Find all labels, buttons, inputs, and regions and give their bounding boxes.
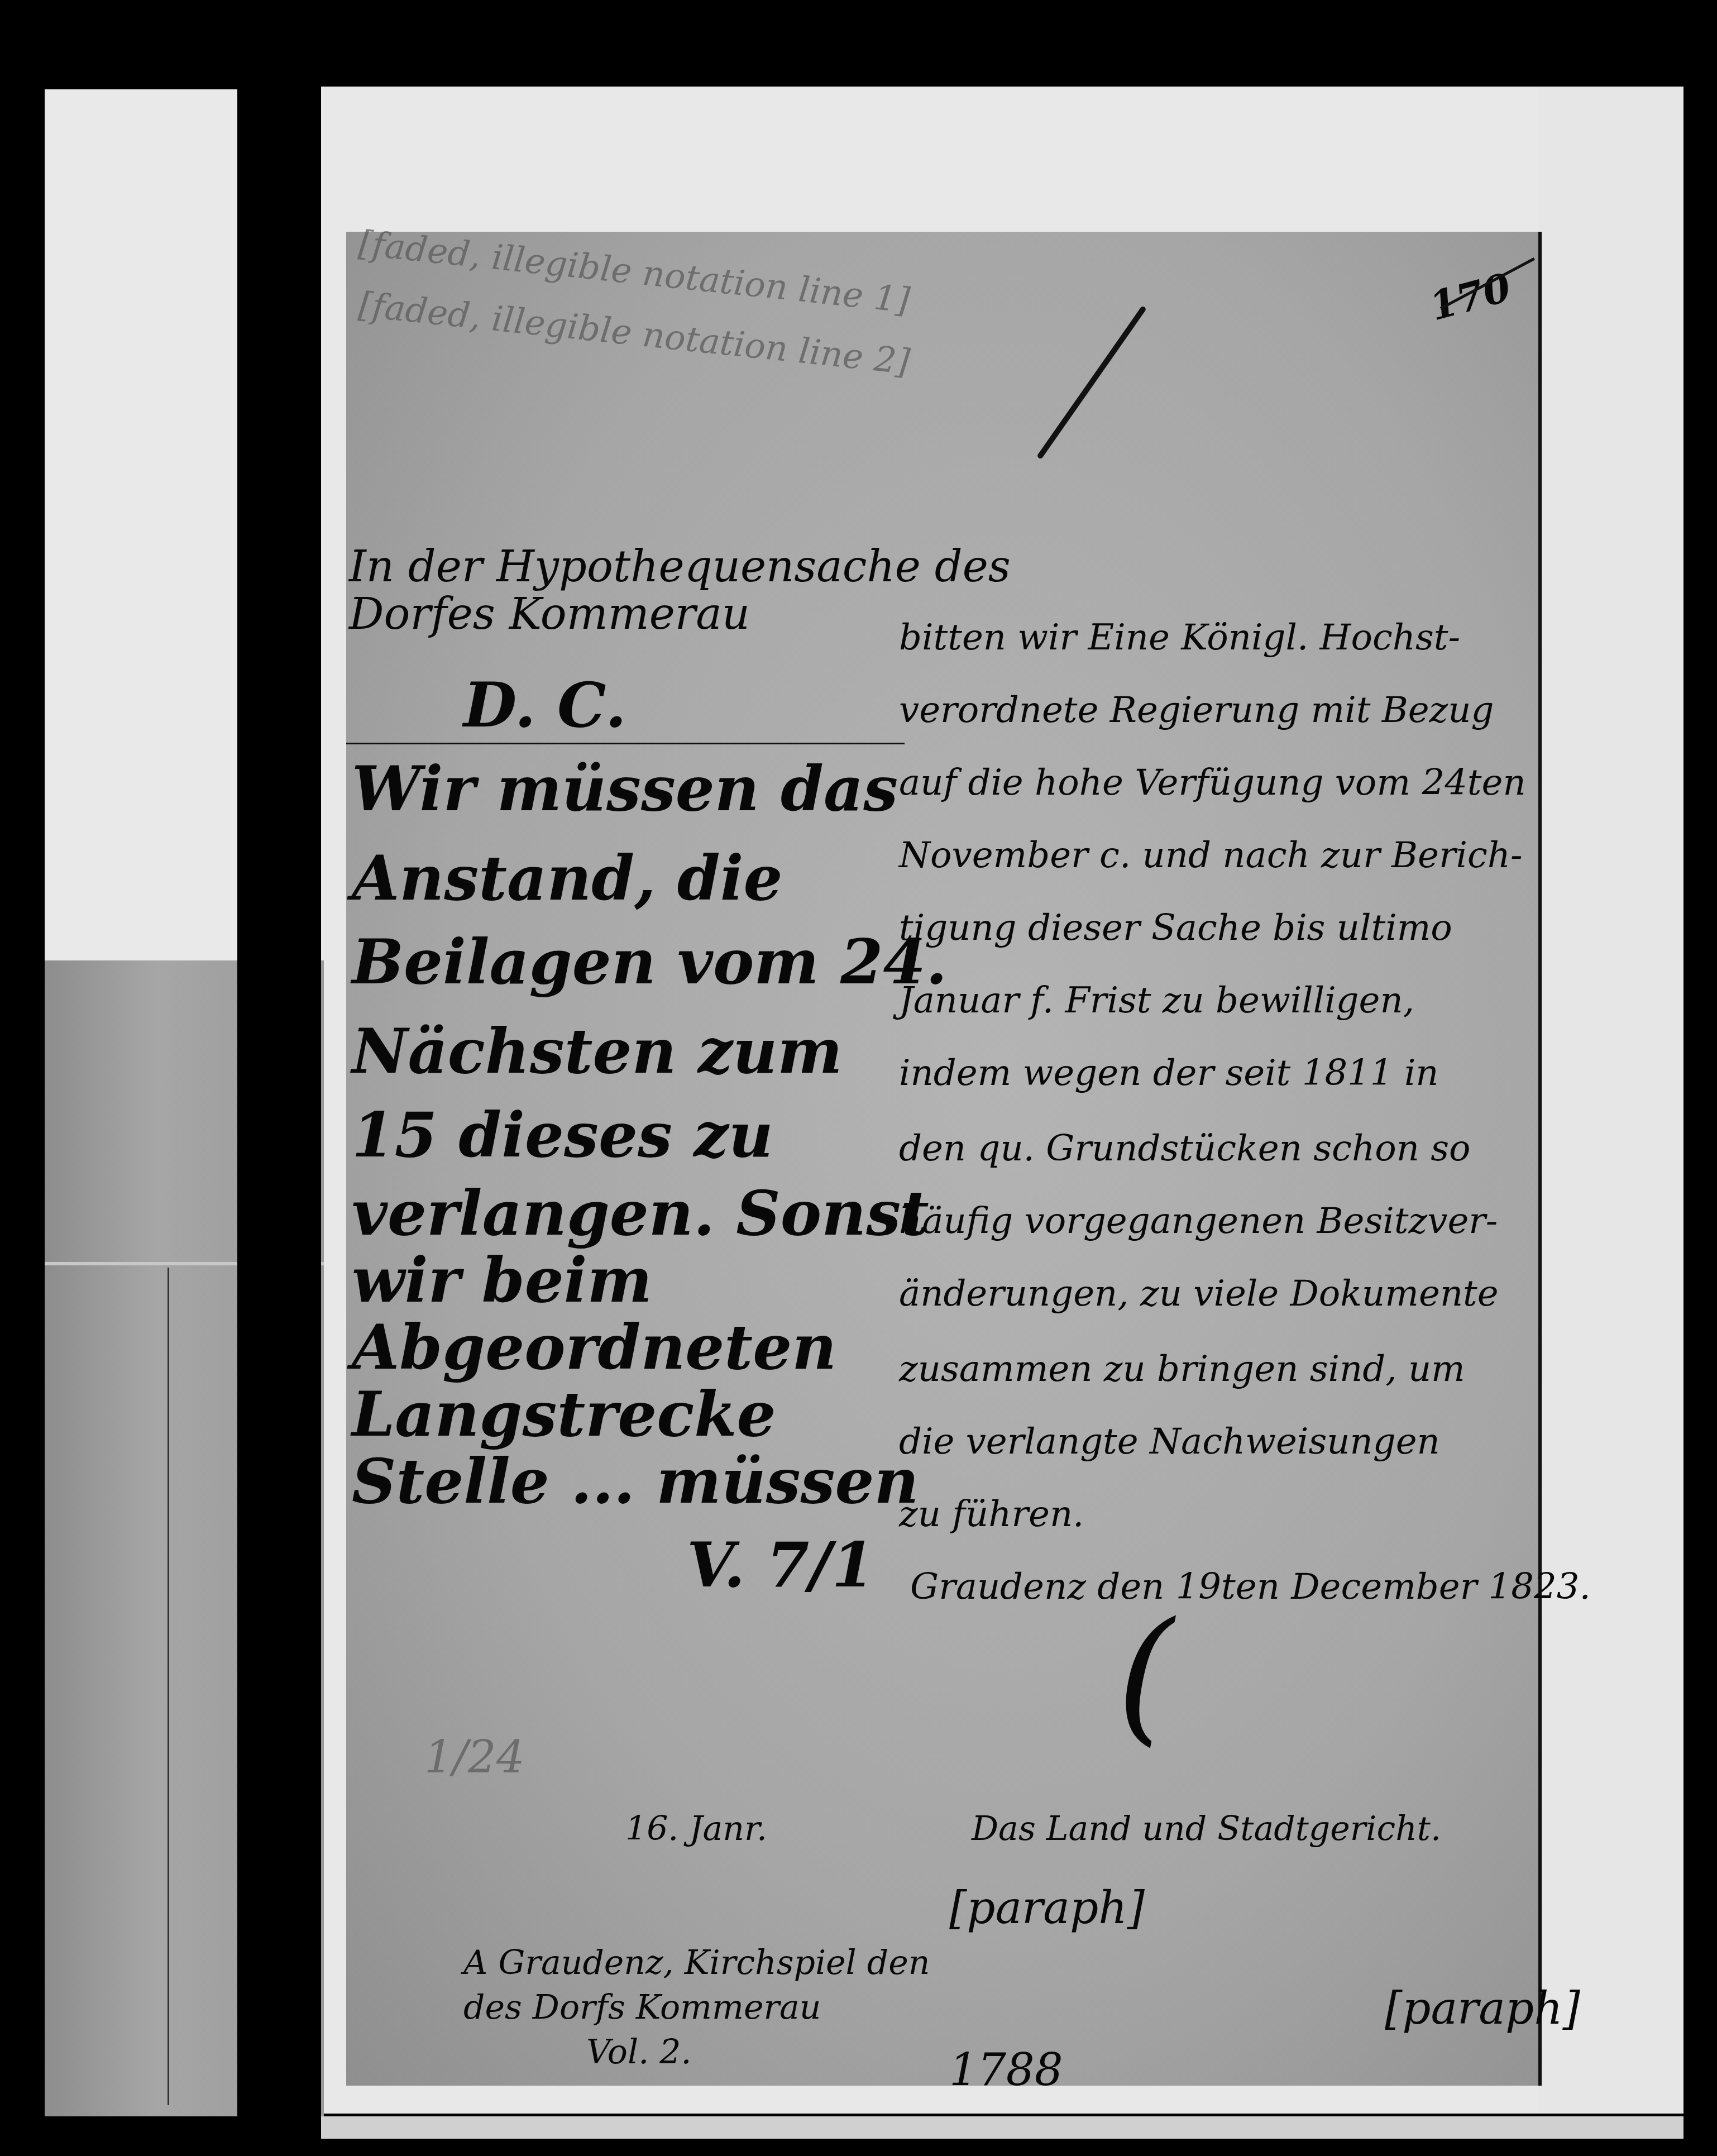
binding-gutter (237, 89, 321, 2155)
address-line: A Graudenz, Kirchspiel den (463, 1943, 930, 1982)
reference-number: 1788 (949, 2044, 1063, 2096)
address-line: Vol. 2. (586, 2033, 692, 2072)
paraph-initial: [paraph] (1385, 1982, 1580, 2034)
margin-numbers: 1/24 (424, 1731, 525, 1783)
decree-line: Anstand, die (352, 832, 783, 924)
receipt-note: 16. Janr. (625, 1809, 767, 1848)
scan-bottom-edge (321, 2116, 1683, 2139)
address-line: des Dorfs Kommerau (463, 1988, 821, 2027)
decree-line: Wir müssen das (352, 743, 898, 835)
decree-line: Stelle ... müssen (352, 1435, 919, 1527)
heading-line: Dorfes Kommerau (349, 575, 750, 653)
decree-line: Nächsten zum (352, 1005, 843, 1097)
decree-line: Beilagen vom 24. (352, 916, 947, 1008)
decree-signature: V. 7/1 (687, 1519, 874, 1611)
adjacent-page-top (45, 89, 237, 1033)
decree-opening: D. C. (463, 659, 626, 751)
bracket-mark: ( (1117, 1591, 1173, 1760)
dateline: Graudenz den 19ten December 1823. (910, 1541, 1591, 1633)
paraph-initial: [paraph] (949, 1882, 1145, 1934)
signature-block: Das Land und Stadtgericht. (972, 1809, 1441, 1848)
right-backing (1538, 87, 1683, 2114)
fold-line (168, 1268, 169, 2105)
